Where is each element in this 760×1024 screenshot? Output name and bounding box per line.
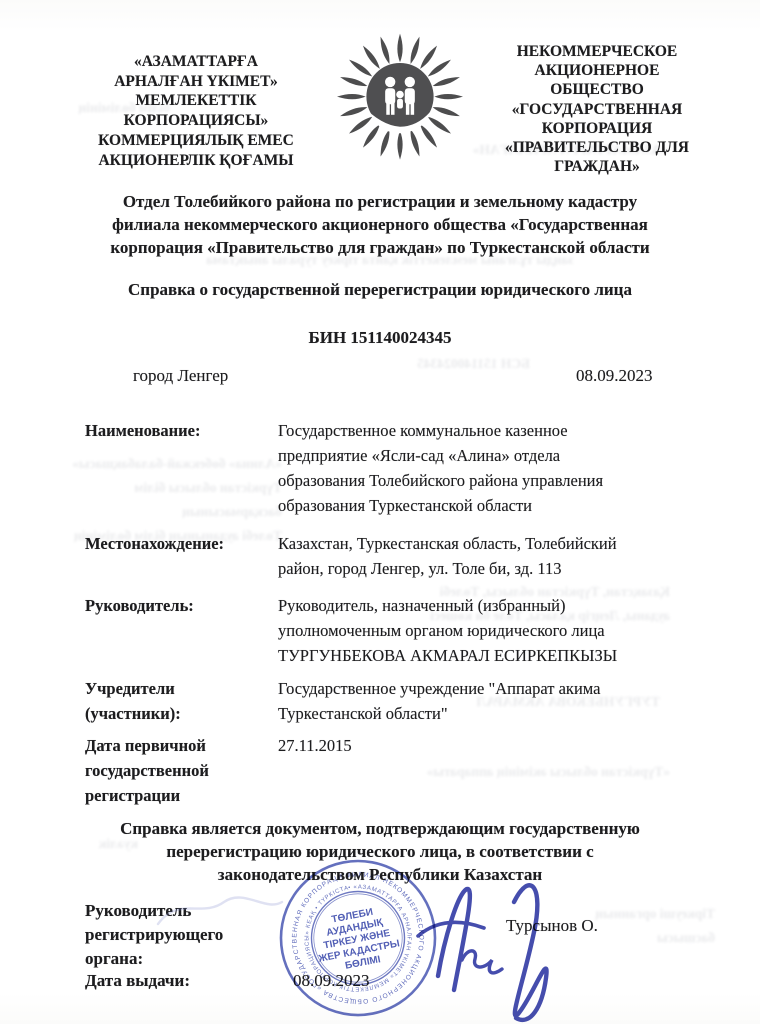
field-value: Государственное учреждение "Аппарат аким… — [278, 676, 698, 726]
field-value: Казахстан, Туркестанская область, Толеби… — [278, 531, 698, 581]
issue-date-label: Дата выдачи: — [85, 971, 190, 991]
field-value: 27.11.2015 — [278, 733, 698, 758]
scanned-certificate-page: { "header": { "left_org_lines": ["«АЗАМА… — [0, 0, 760, 1024]
ink-smudge — [150, 882, 290, 942]
field-value: Государственное коммунальное казенное пр… — [278, 418, 698, 518]
field-label: Наименование: — [85, 418, 275, 443]
field-label: Учредители (участники): — [85, 676, 275, 726]
document-title: Справка о государственной перерегистраци… — [48, 280, 712, 300]
field-label: Руководитель: — [85, 593, 275, 618]
bin-number: БИН 151140024345 — [48, 328, 712, 348]
field-label: Дата первичной государственной регистрац… — [85, 733, 275, 808]
document-date: 08.09.2023 — [576, 366, 653, 386]
issue-city: город Ленгер — [133, 366, 228, 386]
issuing-department: Отдел Толебийкого района по регистрации … — [48, 190, 712, 259]
field-label: Местонахождение: — [85, 531, 275, 556]
org-name-russian: НЕКОММЕРЧЕСКОЕ АКЦИОНЕРНОЕ ОБЩЕСТВО «ГОС… — [470, 42, 724, 176]
sun-family-logo-icon — [330, 26, 470, 170]
org-name-kazakh: «АЗАМАТТАРҒА АРНАЛҒАН ҮКІМЕТ» МЕМЛЕКЕТТІ… — [58, 52, 334, 170]
handwritten-signature — [408, 856, 570, 1024]
field-value: Руководитель, назначенный (избранный) уп… — [278, 593, 698, 668]
stamp-center-text: ТӨЛЕБИ АУДАНДЫҚ ТІРКЕУ ЖӘНЕ ЖЕР КАДАСТРЫ… — [310, 902, 406, 976]
bleedthrough-text: БСН 151140024345 — [250, 352, 530, 376]
bleedthrough-text: «Түркістан облысы әкімінің аппараты» — [410, 760, 670, 784]
